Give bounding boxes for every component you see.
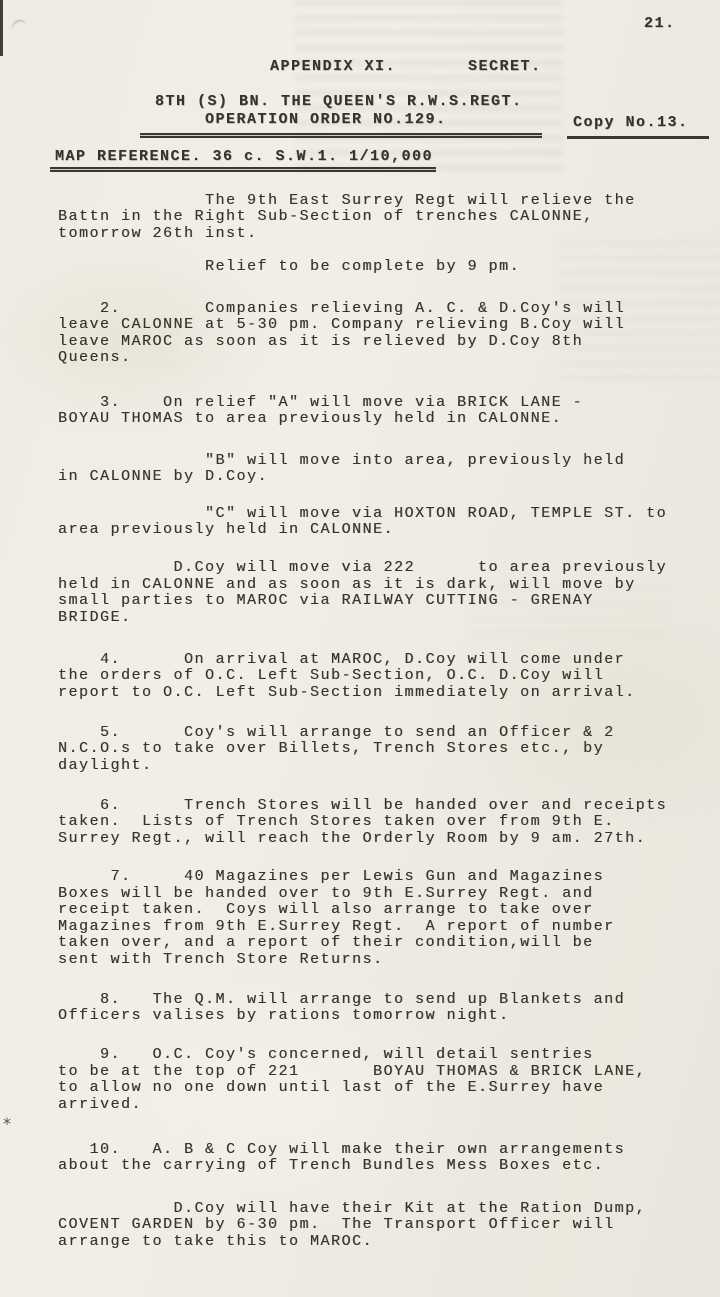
doc-line: Officers valises by rations tomorrow nig… <box>58 1007 510 1024</box>
doc-line: taken. Lists of Trench Stores taken over… <box>58 813 615 830</box>
doc-line: report to O.C. Left Sub-Section immediat… <box>58 684 636 701</box>
doc-line: 7. 40 Magazines per Lewis Gun and Magazi… <box>58 868 604 885</box>
doc-line: COVENT GARDEN by 6-30 pm. The Transport … <box>58 1216 615 1233</box>
margin-asterisk-mark: * <box>3 1114 11 1133</box>
doc-line: BOYAU THOMAS to area previously held in … <box>58 410 562 427</box>
doc-line: BRIDGE. <box>58 609 132 626</box>
doc-line: arrange to take this to MAROC. <box>58 1233 373 1250</box>
document-body: The 9th East Surrey Regt will relieve th… <box>58 0 720 1297</box>
doc-line: arrived. <box>58 1096 142 1113</box>
doc-line: Relief to be complete by 9 pm. <box>58 258 520 275</box>
doc-line: "C" will move via HOXTON ROAD, TEMPLE ST… <box>58 505 667 522</box>
doc-line: 3. On relief "A" will move via BRICK LAN… <box>58 394 583 411</box>
doc-line: leave MAROC as soon as it is relieved by… <box>58 333 583 350</box>
doc-line: in CALONNE by D.Coy. <box>58 468 268 485</box>
doc-line: Queens. <box>58 349 132 366</box>
doc-line: Magazines from 9th E.Surrey Regt. A repo… <box>58 918 615 935</box>
doc-line: Battn in the Right Sub-Section of trench… <box>58 208 594 225</box>
scan-edge-artifact <box>0 0 3 56</box>
doc-line: leave CALONNE at 5-30 pm. Company reliev… <box>58 316 625 333</box>
doc-line: taken over, and a report of their condit… <box>58 934 594 951</box>
doc-line: The 9th East Surrey Regt will relieve th… <box>58 192 636 209</box>
doc-line: about the carrying of Trench Bundles Mes… <box>58 1157 604 1174</box>
doc-line: 4. On arrival at MAROC, D.Coy will come … <box>58 651 625 668</box>
doc-line: 5. Coy's will arrange to send an Officer… <box>58 724 615 741</box>
doc-line: 6. Trench Stores will be handed over and… <box>58 797 667 814</box>
doc-line: sent with Trench Store Returns. <box>58 951 384 968</box>
doc-line: receipt taken. Coys will also arrange to… <box>58 901 594 918</box>
doc-line: to be at the top of 221 BOYAU THOMAS & B… <box>58 1063 646 1080</box>
doc-line: 9. O.C. Coy's concerned, will detail sen… <box>58 1046 594 1063</box>
doc-line: daylight. <box>58 757 153 774</box>
doc-line: small parties to MAROC via RAILWAY CUTTI… <box>58 592 594 609</box>
pencil-mark <box>9 18 28 34</box>
doc-line: Boxes will be handed over to 9th E.Surre… <box>58 885 594 902</box>
doc-line: held in CALONNE and as soon as it is dar… <box>58 576 636 593</box>
doc-line: to allow no one down until last of the E… <box>58 1079 604 1096</box>
doc-line: 8. The Q.M. will arrange to send up Blan… <box>58 991 625 1008</box>
doc-line: N.C.O.s to take over Billets, Trench Sto… <box>58 740 604 757</box>
doc-line: the orders of O.C. Left Sub-Section, O.C… <box>58 667 604 684</box>
doc-line: tomorrow 26th inst. <box>58 225 258 242</box>
doc-line: area previously held in CALONNE. <box>58 521 394 538</box>
doc-line: 10. A. B & C Coy will make their own arr… <box>58 1141 625 1158</box>
doc-line: D.Coy will have their Kit at the Ration … <box>58 1200 646 1217</box>
doc-line: "B" will move into area, previously held <box>58 452 625 469</box>
scanned-document-page: 21. APPENDIX XI. SECRET. 8TH (S) BN. THE… <box>0 0 720 1297</box>
doc-line: 2. Companies relieving A. C. & D.Coy's w… <box>58 300 625 317</box>
doc-line: Surrey Regt., will reach the Orderly Roo… <box>58 830 646 847</box>
doc-line: D.Coy will move via 222 to area previous… <box>58 559 667 576</box>
